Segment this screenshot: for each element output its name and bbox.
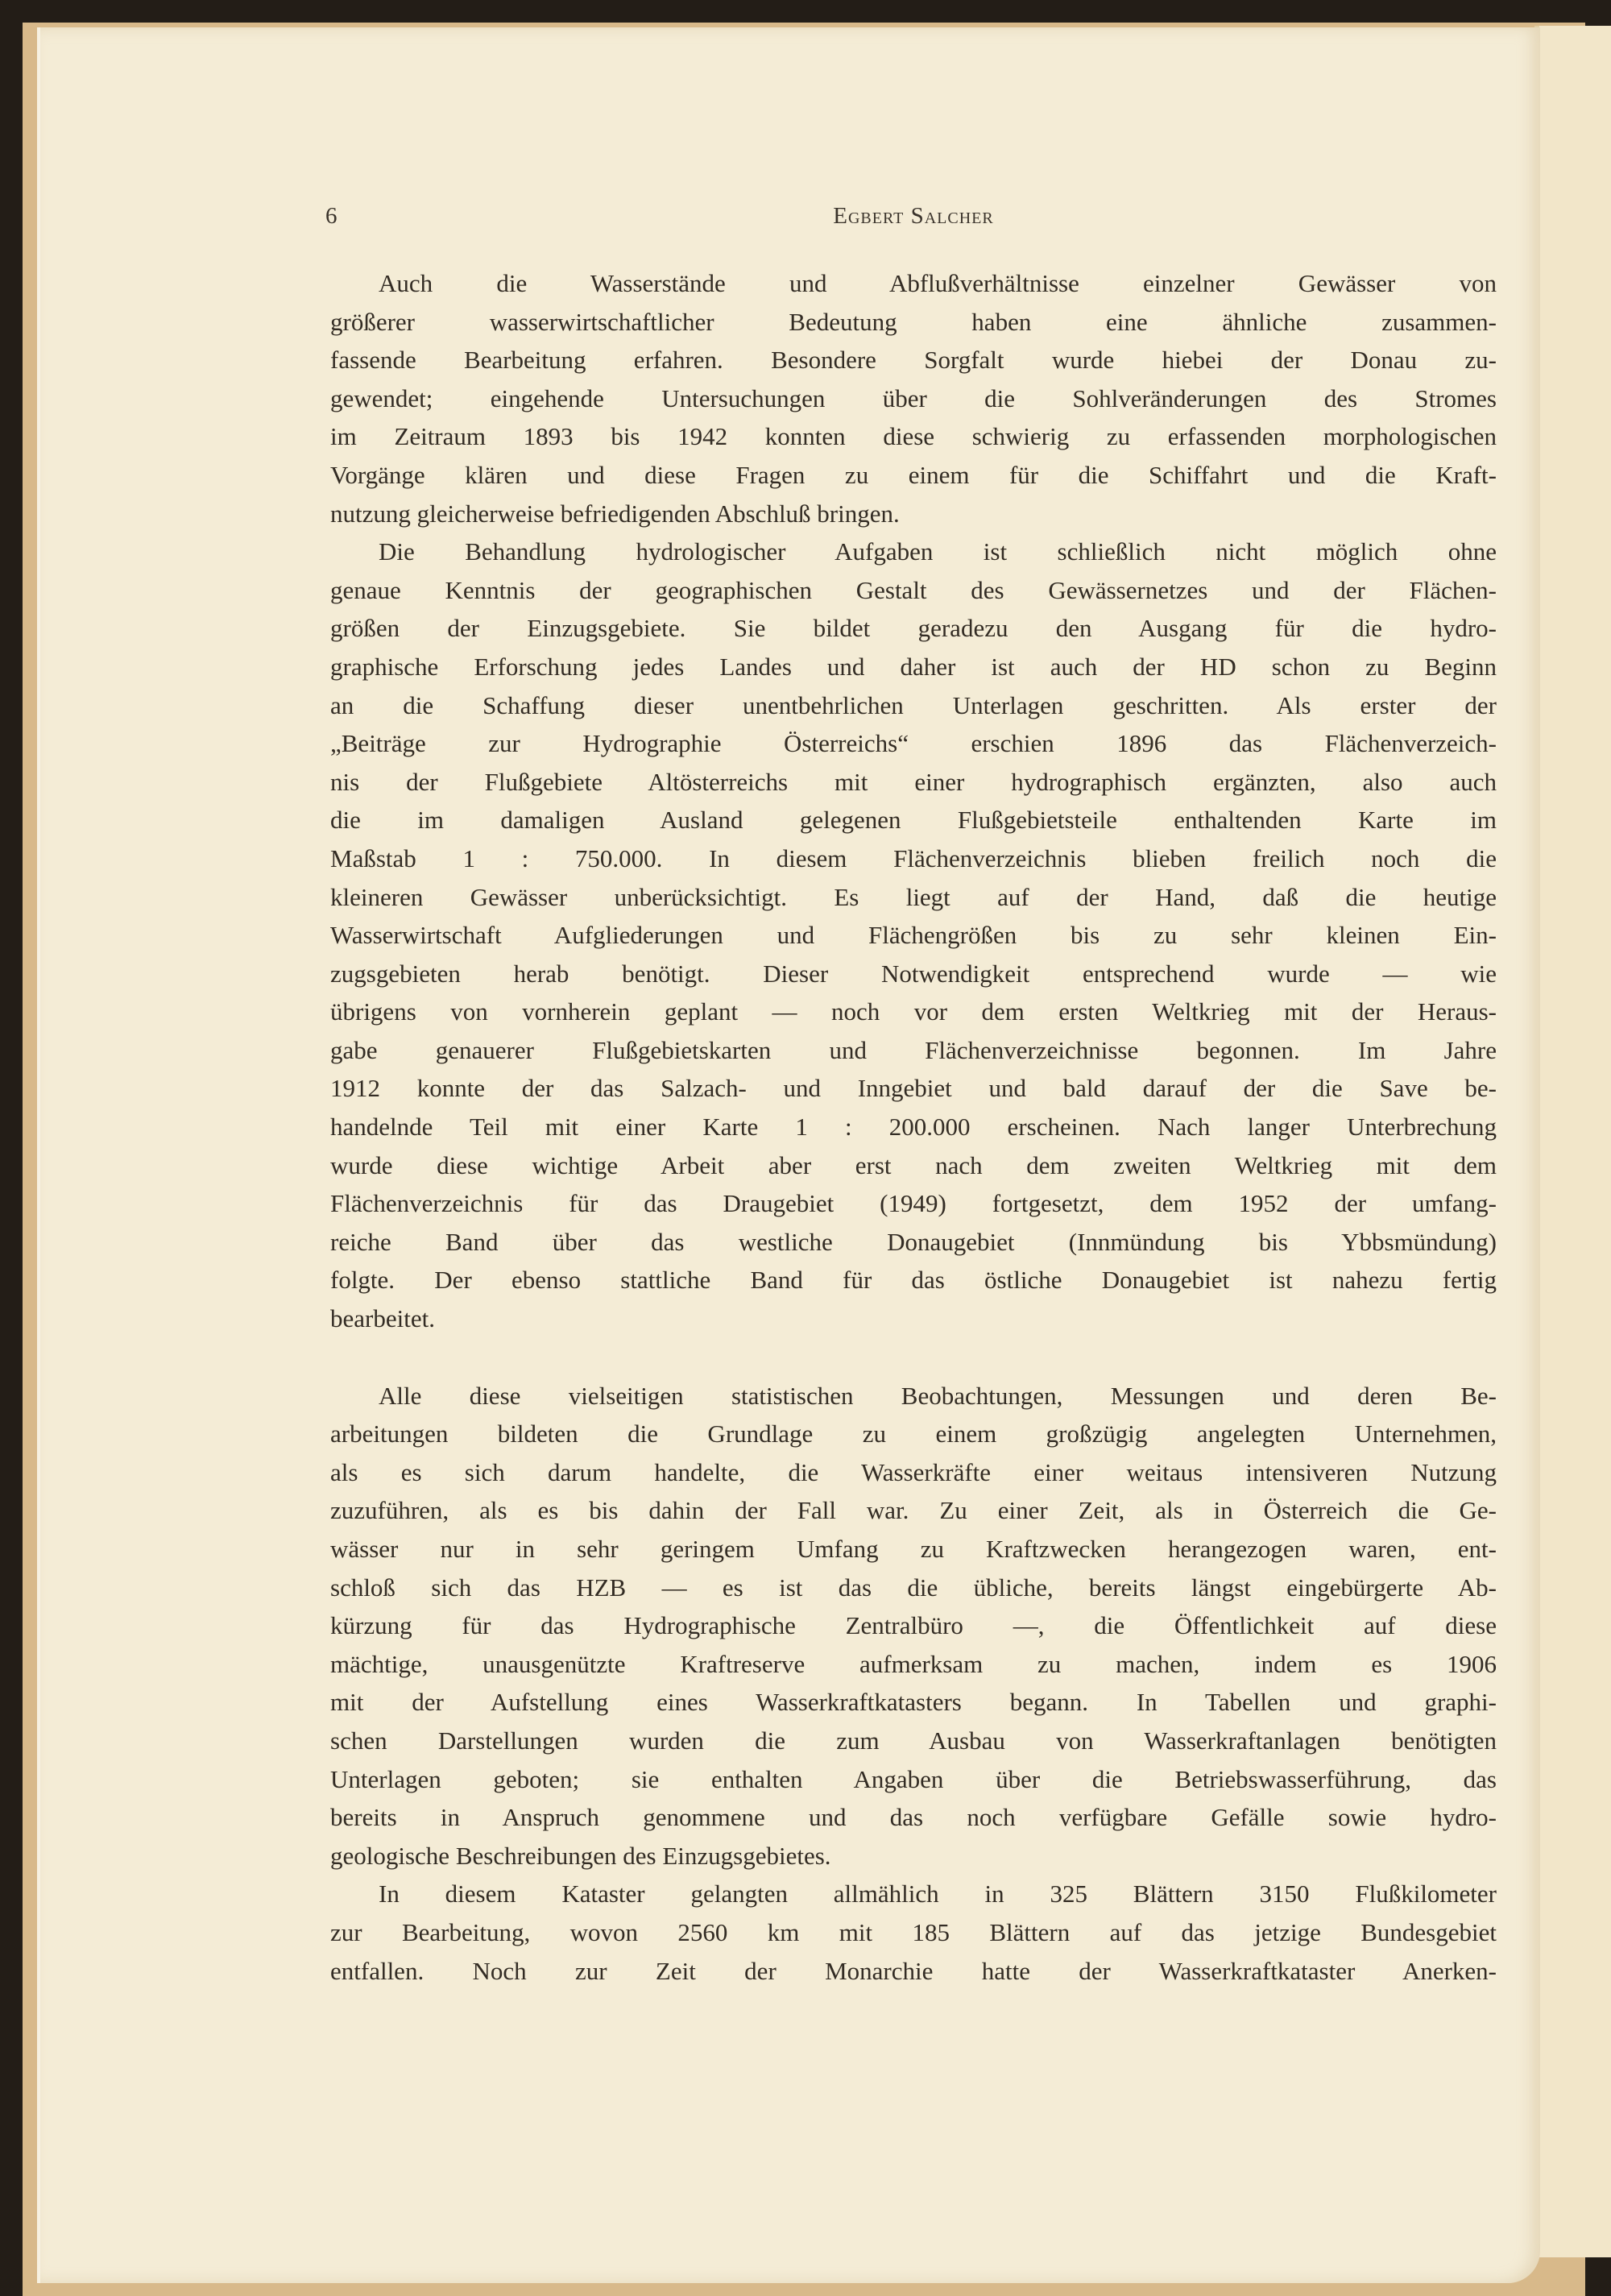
text-line: Wasserwirtschaft Aufgliederungen und Flä… — [330, 916, 1497, 955]
text-line: mit der Aufstellung eines Wasserkraftkat… — [330, 1683, 1497, 1722]
text-line: 1912 konnte der das Salzach- und Inngebi… — [330, 1069, 1497, 1108]
text-line: wässer nur in sehr geringem Umfang zu Kr… — [330, 1530, 1497, 1569]
text-line: In diesem Kataster gelangten allmählich … — [330, 1875, 1497, 1913]
text-line: gewendet; eingehende Untersuchungen über… — [330, 379, 1497, 418]
text-line: geologische Beschreibungen des Einzugsge… — [330, 1837, 1497, 1875]
text-line: fassende Bearbeitung erfahren. Besondere… — [330, 341, 1497, 379]
facing-page-edge — [1534, 26, 1611, 2257]
text-line: größerer wasserwirtschaftlicher Bedeutun… — [330, 303, 1497, 342]
text-line: kürzung für das Hydrographische Zentralb… — [330, 1606, 1497, 1645]
text-line: wurde diese wichtige Arbeit aber erst na… — [330, 1146, 1497, 1185]
text-line: kleineren Gewässer unberücksichtigt. Es … — [330, 878, 1497, 917]
text-line: arbeitungen bildeten die Grundlage zu ei… — [330, 1415, 1497, 1453]
text-line: im Zeitraum 1893 bis 1942 konnten diese … — [330, 417, 1497, 456]
text-line: zuzuführen, als es bis dahin der Fall wa… — [330, 1491, 1497, 1530]
text-line: handelnde Teil mit einer Karte 1 : 200.0… — [330, 1108, 1497, 1146]
running-head-author: Egbert Salcher — [325, 203, 1501, 230]
text-line: „Beiträge zur Hydrographie Österreichs“ … — [330, 724, 1497, 763]
text-line: nis der Flußgebiete Altösterreichs mit e… — [330, 763, 1497, 802]
text-line: als es sich darum handelte, die Wasserkr… — [330, 1453, 1497, 1492]
text-line: nutzung gleicherweise befriedigenden Abs… — [330, 495, 1497, 533]
text-line: mächtige, unausgenützte Kraftreserve auf… — [330, 1645, 1497, 1684]
paragraph: Die Behandlung hydrologischer Aufgaben i… — [330, 533, 1497, 1337]
text-line: bearbeitet. — [330, 1299, 1497, 1338]
text-line: übrigens von vornherein geplant — noch v… — [330, 993, 1497, 1031]
text-line: Auch die Wasserstände und Abflußverhältn… — [330, 264, 1497, 303]
text-line: Alle diese vielseitigen statistischen Be… — [330, 1377, 1497, 1415]
text-line: Vorgänge klären und diese Fragen zu eine… — [330, 456, 1497, 495]
text-line: zugsgebieten herab benötigt. Dieser Notw… — [330, 955, 1497, 993]
text-line: Die Behandlung hydrologischer Aufgaben i… — [330, 533, 1497, 571]
text-line: entfallen. Noch zur Zeit der Monarchie h… — [330, 1952, 1497, 1991]
text-line: größen der Einzugsgebiete. Sie bildet ge… — [330, 609, 1497, 648]
text-line: Unterlagen geboten; sie enthalten Angabe… — [330, 1760, 1497, 1799]
text-line: Maßstab 1 : 750.000. In diesem Flächenve… — [330, 839, 1497, 878]
text-line: graphische Erforschung jedes Landes und … — [330, 648, 1497, 686]
text-line: genaue Kenntnis der geographischen Gesta… — [330, 571, 1497, 610]
book-page: 6 Egbert Salcher Auch die Wasserstände u… — [37, 27, 1540, 2283]
body-text: Auch die Wasserstände und Abflußverhältn… — [330, 264, 1497, 1990]
text-line: Flächenverzeichnis für das Draugebiet (1… — [330, 1184, 1497, 1223]
text-line: die im damaligen Ausland gelegenen Flußg… — [330, 801, 1497, 839]
paragraph: In diesem Kataster gelangten allmählich … — [330, 1875, 1497, 1990]
text-line: bereits in Anspruch genommene und das no… — [330, 1798, 1497, 1837]
text-line: schen Darstellungen wurden die zum Ausba… — [330, 1722, 1497, 1760]
text-line: reiche Band über das westliche Donaugebi… — [330, 1223, 1497, 1262]
text-line: schloß sich das HZB — es ist das die übl… — [330, 1569, 1497, 1607]
paragraph: Alle diese vielseitigen statistischen Be… — [330, 1377, 1497, 1875]
paragraph: Auch die Wasserstände und Abflußverhältn… — [330, 264, 1497, 533]
text-line: folgte. Der ebenso stattliche Band für d… — [330, 1261, 1497, 1299]
text-line: zur Bearbeitung, wovon 2560 km mit 185 B… — [330, 1913, 1497, 1952]
running-head: 6 Egbert Salcher — [325, 203, 1501, 232]
text-line: an die Schaffung dieser unentbehrlichen … — [330, 686, 1497, 725]
paragraph-gap — [330, 1338, 1497, 1377]
text-line: gabe genauerer Flußgebietskarten und Flä… — [330, 1031, 1497, 1070]
